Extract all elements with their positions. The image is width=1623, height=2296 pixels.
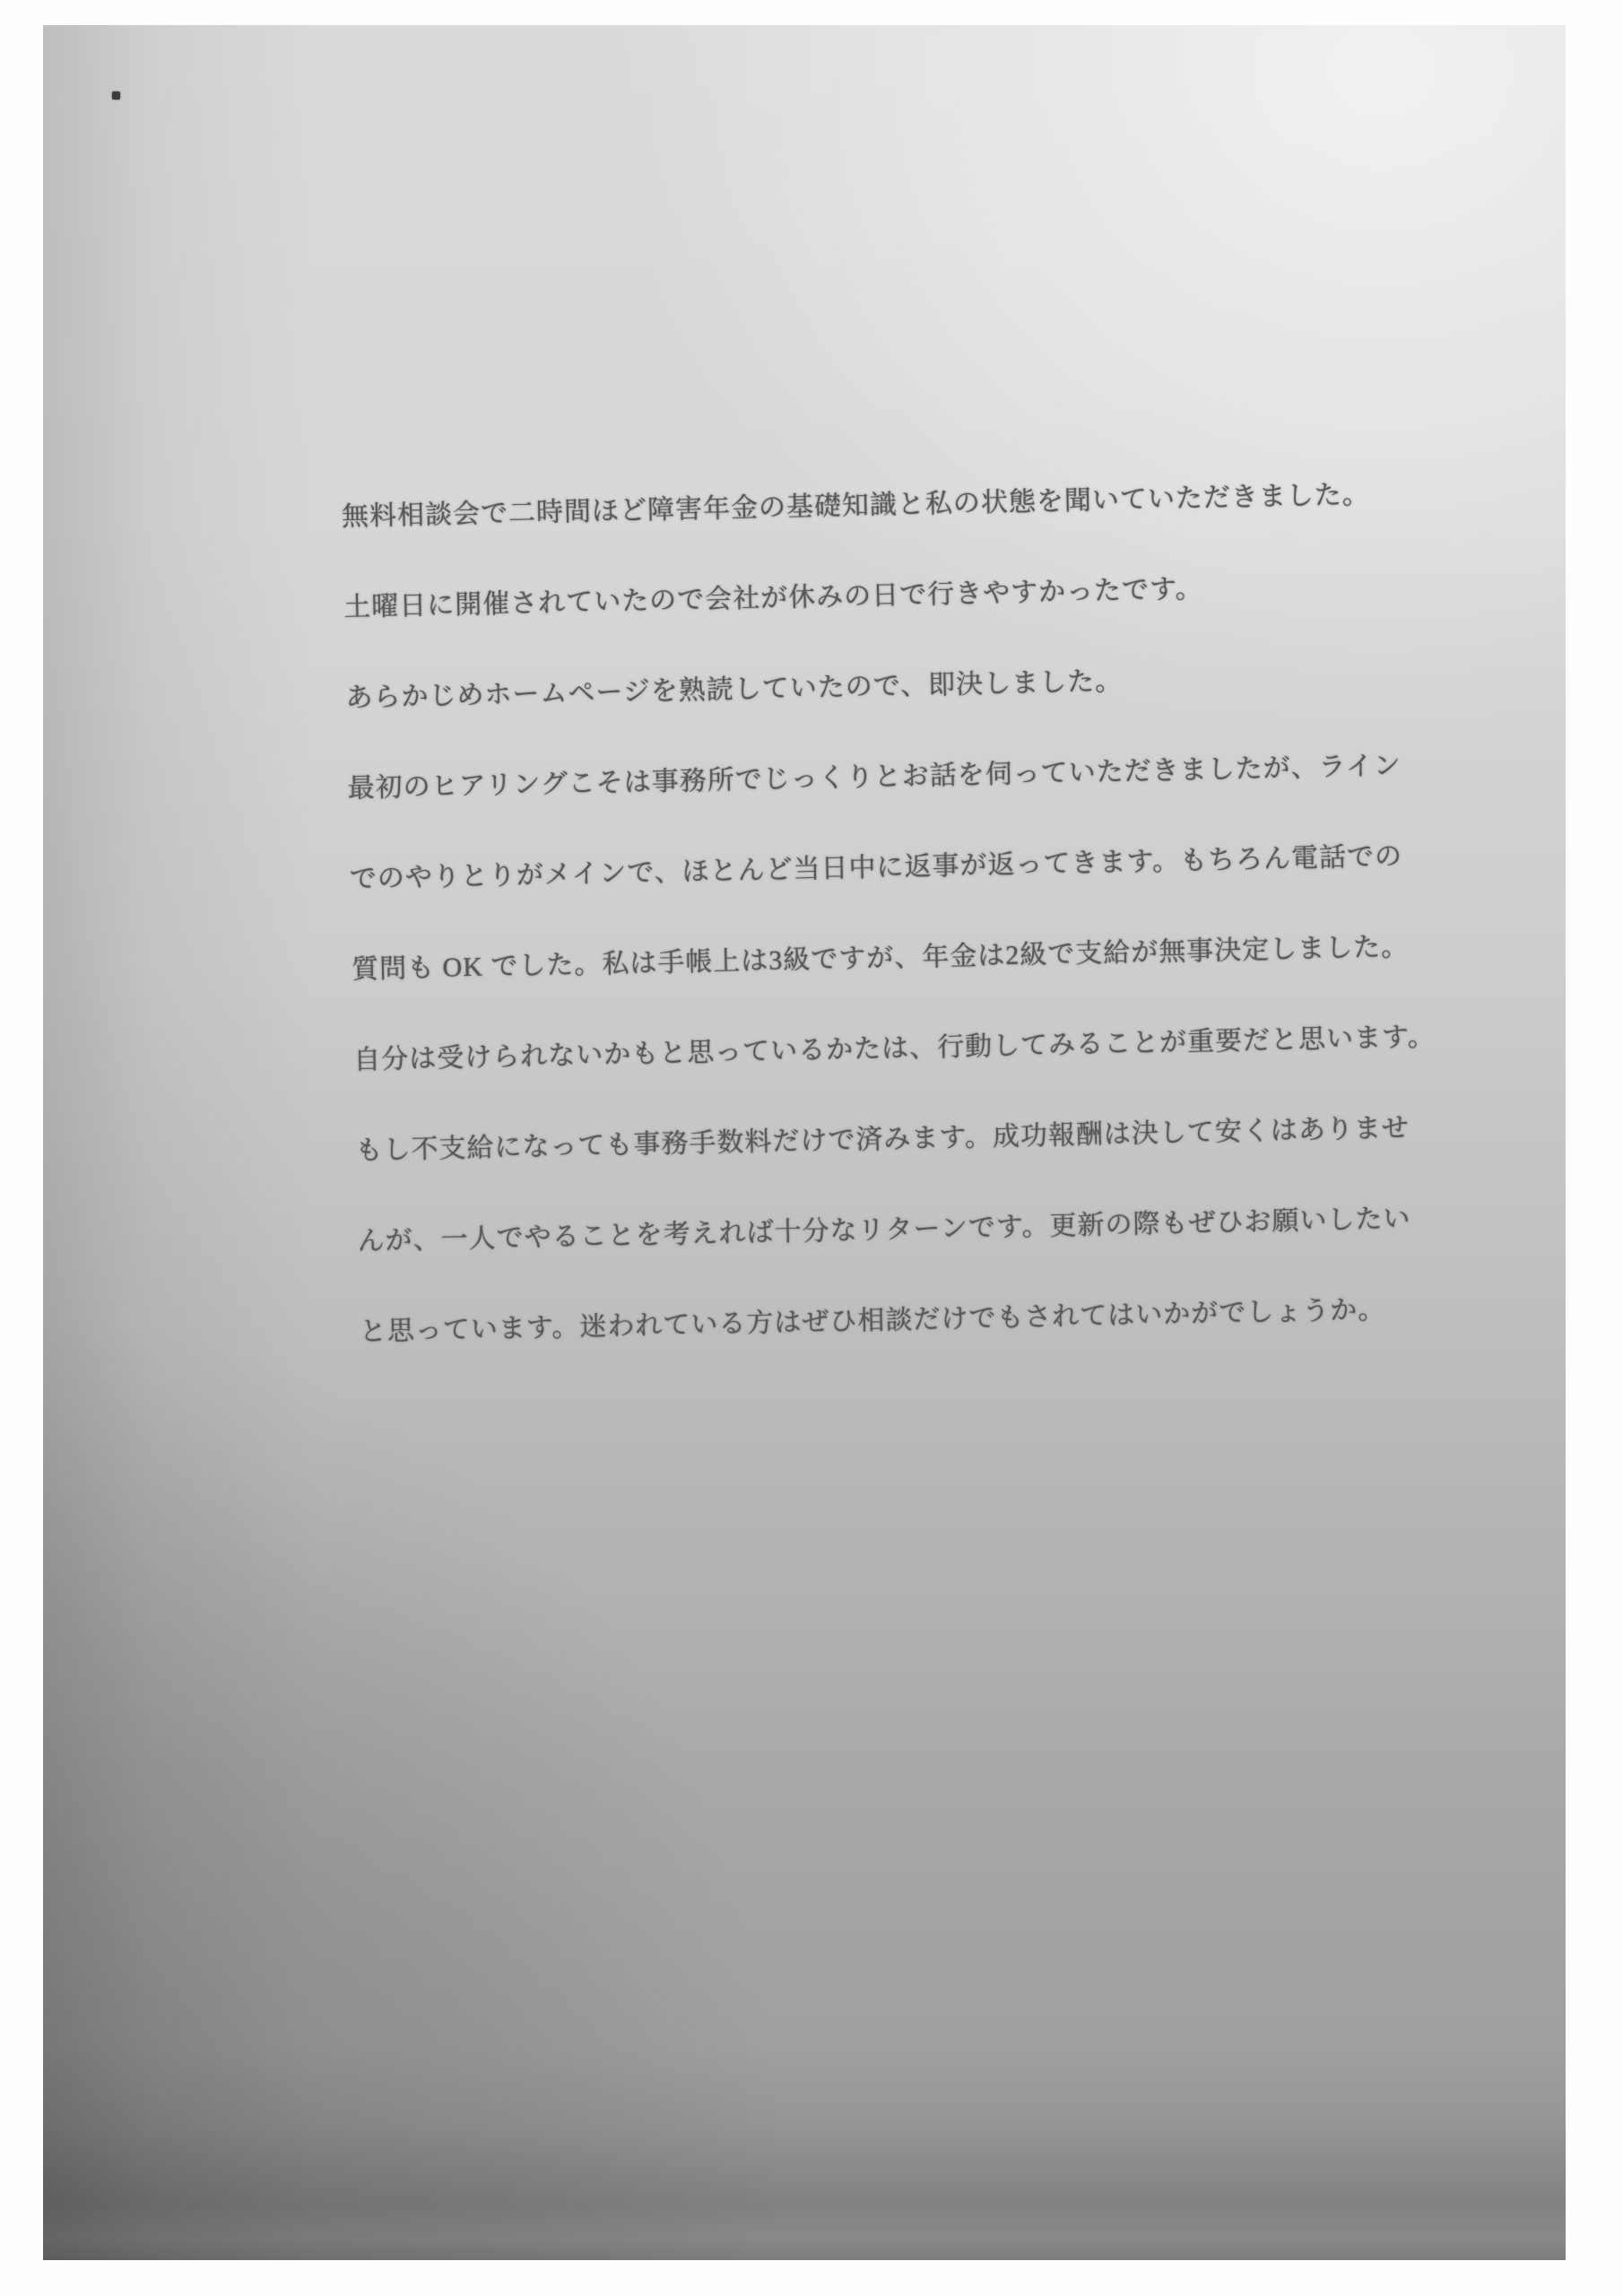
scan-speck-artifact (112, 91, 120, 100)
review-text-block: 無料相談会で二時間ほど障害年金の基礎知識と私の状態を聞いていただきました。 土曜… (341, 448, 1463, 1378)
scan-canvas: 無料相談会で二時間ほど障害年金の基礎知識と私の状態を聞いていただきました。 土曜… (0, 0, 1623, 2296)
scanned-paper-sheet: 無料相談会で二時間ほど障害年金の基礎知識と私の状態を聞いていただきました。 土曜… (43, 25, 1566, 2260)
